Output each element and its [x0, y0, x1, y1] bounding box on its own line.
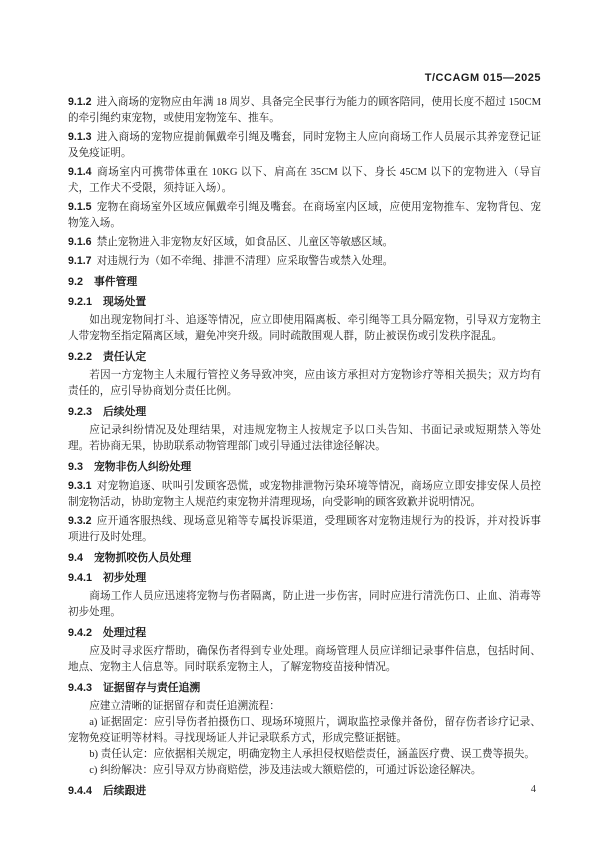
clause-9-1-5: 9.1.5宠物在商场室外区域应佩戴牵引绳及嘴套。在商场室内区域，应使用宠物推车、… [68, 199, 541, 232]
document-page: T/CCAGM 015—2025 9.1.2进入商场的宠物应由年满 18 周岁、… [0, 0, 600, 855]
heading-title: 处理过程 [103, 627, 146, 639]
heading-title: 责任认定 [103, 351, 146, 363]
paragraph-9-2-3: 应记录纠纷情况及处理结果，对违规宠物主人按规定予以口头告知、书面记录或短期禁入等… [68, 423, 541, 455]
heading-number: 9.2.2 [68, 351, 92, 363]
clause-9-1-7: 9.1.7对违规行为（如不牵绳、排泄不清理）应采取警告或禁入处理。 [68, 253, 541, 270]
document-body: 9.1.2进入商场的宠物应由年满 18 周岁、具备完全民事行为能力的顾客陪同，使… [68, 94, 541, 799]
clause-text: 宠物在商场室外区域应佩戴牵引绳及嘴套。在商场室内区域，应使用宠物推车、宠物背包、… [68, 202, 541, 229]
clause-text: 商场室内可携带体重在 10KG 以下、肩高在 35CM 以下、身长 45CM 以… [68, 167, 541, 194]
heading-title: 后续处理 [103, 406, 146, 418]
clause-9-1-3: 9.1.3进入商场的宠物应提前佩戴牵引绳及嘴套，同时宠物主人应向商场工作人员展示… [68, 129, 541, 162]
clause-number: 9.1.4 [68, 166, 92, 178]
clause-number: 9.1.5 [68, 201, 92, 213]
clause-text: 对宠物追逐、吠叫引发顾客恐慌，或宠物排泄物污染环境等情况，商场应立即安排安保人员… [68, 481, 541, 508]
paragraph-9-2-2: 若因一方宠物主人未履行管控义务导致冲突，应由该方承担对方宠物诊疗等相关损失；双方… [68, 368, 541, 400]
paragraph-9-4-2: 应及时寻求医疗帮助，确保伤者得到专业处理。商场管理人员应详细记录事件信息，包括时… [68, 644, 541, 676]
section-heading-9-3: 9.3宠物非伤人纠纷处理 [68, 459, 541, 475]
list-item-c: c) 纠纷解决：应引导双方协商赔偿，涉及违法或大额赔偿的，可通过诉讼途径解决。 [68, 763, 541, 779]
list-item-b: b) 责任认定：应依据相关规定，明确宠物主人承担侵权赔偿责任，涵盖医疗费、误工费… [68, 747, 541, 763]
section-heading-9-2: 9.2事件管理 [68, 274, 541, 290]
heading-number: 9.2.1 [68, 296, 92, 308]
heading-number: 9.4 [68, 552, 83, 564]
section-heading-9-4: 9.4宠物抓咬伤人员处理 [68, 550, 541, 566]
clause-text: 对违规行为（如不牵绳、排泄不清理）应采取警告或禁入处理。 [97, 256, 394, 267]
page-number: 4 [531, 784, 536, 795]
clause-number: 9.3.1 [68, 480, 92, 492]
clause-number: 9.1.6 [68, 236, 92, 248]
heading-title: 宠物非伤人纠纷处理 [94, 461, 191, 473]
clause-text: 进入商场的宠物应提前佩戴牵引绳及嘴套，同时宠物主人应向商场工作人员展示其养宠登记… [68, 132, 541, 159]
heading-number: 9.2 [68, 276, 83, 288]
heading-title: 初步处理 [103, 572, 146, 584]
paragraph-9-4-1: 商场工作人员应迅速将宠物与伤者隔离，防止进一步伤害，同时应进行清洗伤口、止血、消… [68, 589, 541, 621]
clause-number: 9.1.2 [68, 96, 92, 108]
heading-number: 9.2.3 [68, 406, 92, 418]
clause-9-1-2: 9.1.2进入商场的宠物应由年满 18 周岁、具备完全民事行为能力的顾客陪同，使… [68, 94, 541, 127]
clause-9-1-6: 9.1.6禁止宠物进入非宠物友好区域，如食品区、儿童区等敏感区域。 [68, 234, 541, 251]
clause-number: 9.3.2 [68, 515, 92, 527]
paragraph-9-4-3-intro: 应建立清晰的证据留存和责任追溯流程： [68, 699, 541, 715]
heading-title: 现场处置 [103, 296, 146, 308]
section-heading-9-2-1: 9.2.1现场处置 [68, 294, 541, 310]
section-heading-9-2-3: 9.2.3后续处理 [68, 404, 541, 420]
heading-number: 9.4.2 [68, 627, 92, 639]
heading-title: 宠物抓咬伤人员处理 [94, 552, 191, 564]
section-heading-9-4-3: 9.4.3证据留存与责任追溯 [68, 680, 541, 696]
heading-number: 9.4.4 [68, 785, 92, 797]
heading-number: 9.4.3 [68, 682, 92, 694]
heading-title: 事件管理 [94, 276, 137, 288]
section-heading-9-2-2: 9.2.2责任认定 [68, 349, 541, 365]
clause-text: 禁止宠物进入非宠物友好区域，如食品区、儿童区等敏感区域。 [97, 237, 394, 248]
paragraph-9-2-1: 如出现宠物间打斗、追逐等情况，应立即使用隔离板、牵引绳等工具分隔宠物，引导双方宠… [68, 313, 541, 345]
section-heading-9-4-1: 9.4.1初步处理 [68, 570, 541, 586]
clause-number: 9.1.3 [68, 131, 92, 143]
heading-title: 证据留存与责任追溯 [103, 682, 200, 694]
heading-title: 后续跟进 [103, 785, 146, 797]
clause-9-3-2: 9.3.2应开通客服热线、现场意见箱等专属投诉渠道，受理顾客对宠物违规行为的投诉… [68, 513, 541, 546]
clause-text: 进入商场的宠物应由年满 18 周岁、具备完全民事行为能力的顾客陪同，使用长度不超… [68, 97, 541, 124]
clause-9-1-4: 9.1.4商场室内可携带体重在 10KG 以下、肩高在 35CM 以下、身长 4… [68, 164, 541, 197]
clause-text: 应开通客服热线、现场意见箱等专属投诉渠道，受理顾客对宠物违规行为的投诉，并对投诉… [68, 516, 541, 543]
clause-9-3-1: 9.3.1对宠物追逐、吠叫引发顾客恐慌，或宠物排泄物污染环境等情况，商场应立即安… [68, 478, 541, 511]
doc-code: T/CCAGM 015—2025 [68, 72, 541, 84]
list-item-a: a) 证据固定：应引导伤者拍摄伤口、现场环境照片，调取监控录像并备份，留存伤者诊… [68, 715, 541, 747]
section-heading-9-4-4: 9.4.4后续跟进 [68, 783, 541, 799]
section-heading-9-4-2: 9.4.2处理过程 [68, 625, 541, 641]
clause-number: 9.1.7 [68, 255, 92, 267]
heading-number: 9.3 [68, 461, 83, 473]
heading-number: 9.4.1 [68, 572, 92, 584]
